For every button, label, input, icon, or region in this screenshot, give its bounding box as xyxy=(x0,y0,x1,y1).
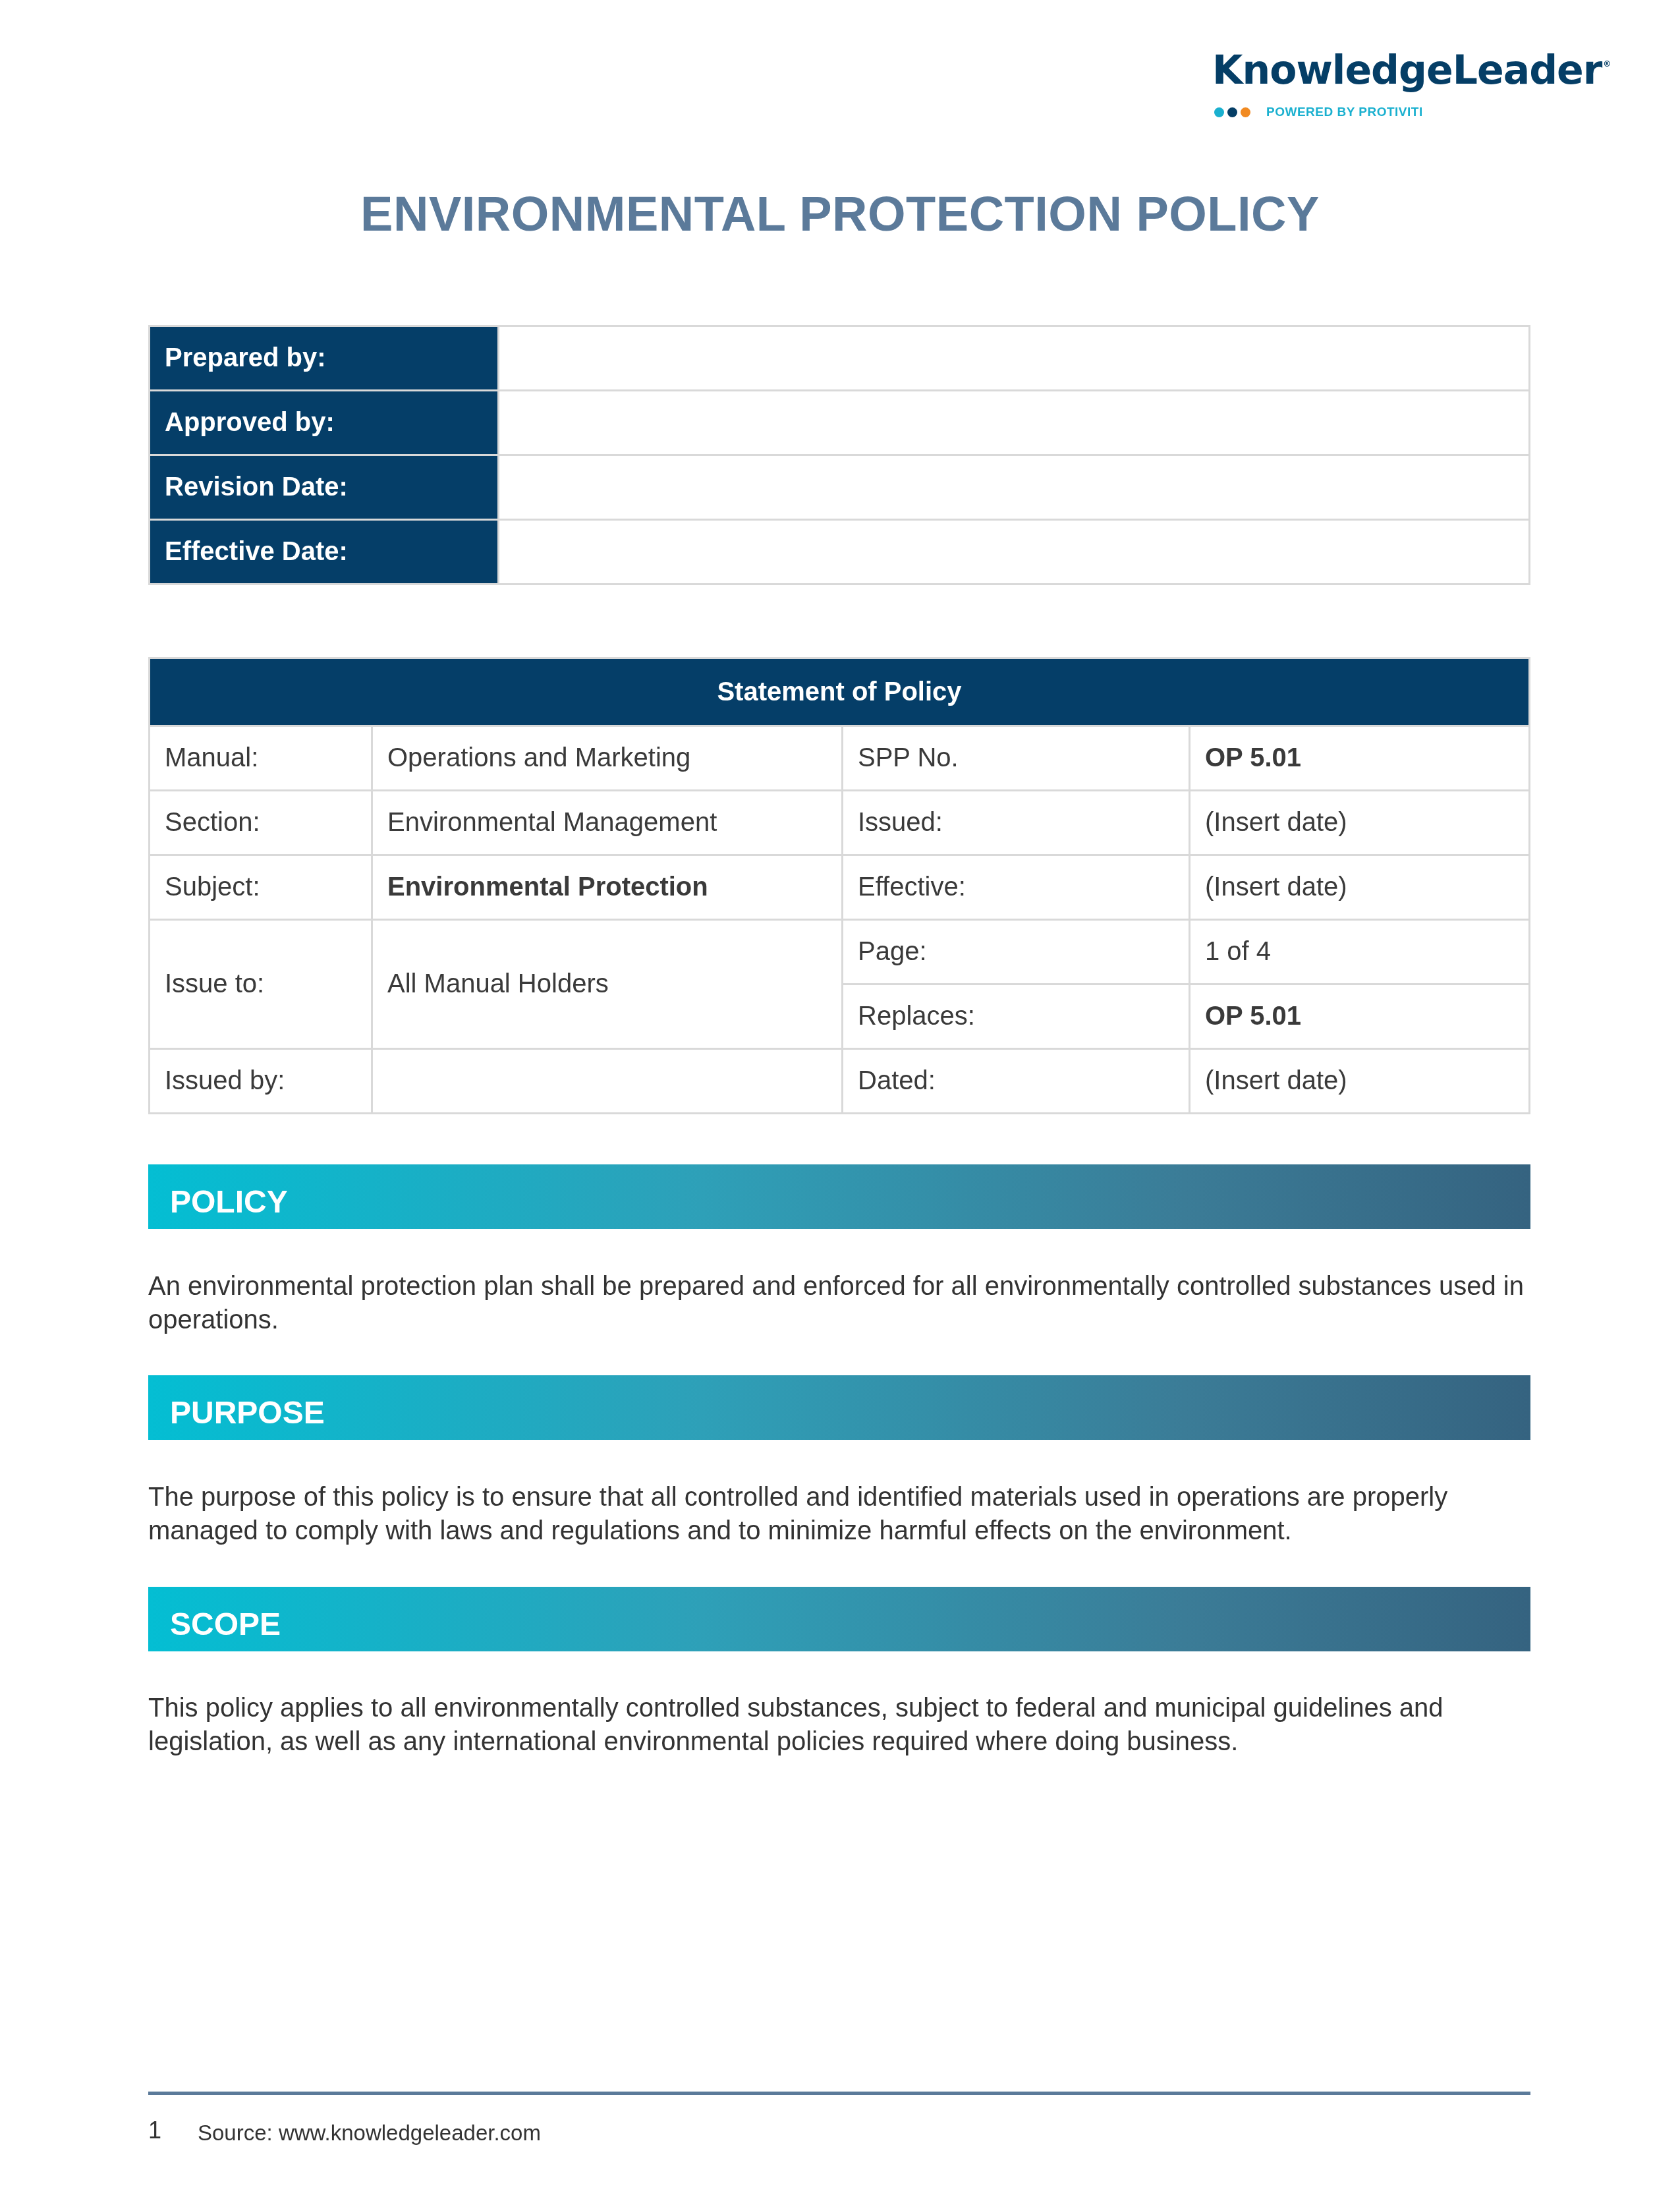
dated-label: Dated: xyxy=(843,1049,1190,1114)
purpose-body: The purpose of this policy is to ensure … xyxy=(148,1481,1530,1548)
spp-value: OP 5.01 xyxy=(1190,726,1530,791)
table-row: Prepared by: xyxy=(150,326,1530,391)
prepared-by-value[interactable] xyxy=(499,326,1530,391)
statement-of-policy-table: Statement of Policy Manual: Operations a… xyxy=(148,657,1530,1114)
effective-value: (Insert date) xyxy=(1190,855,1530,920)
footer-divider xyxy=(148,2092,1530,2095)
manual-value: Operations and Marketing xyxy=(372,726,843,791)
page-number: 1 xyxy=(148,2117,161,2144)
policy-body: An environmental protection plan shall b… xyxy=(148,1270,1530,1337)
registered-mark: ® xyxy=(1603,59,1610,69)
approved-by-value[interactable] xyxy=(499,391,1530,455)
subject-label: Subject: xyxy=(150,855,372,920)
effective-label: Effective: xyxy=(843,855,1190,920)
spp-label: SPP No. xyxy=(843,726,1190,791)
statement-header: Statement of Policy xyxy=(150,658,1530,726)
dot-cyan-icon xyxy=(1214,107,1224,117)
scope-heading-bar: SCOPE xyxy=(148,1587,1530,1651)
replaces-label: Replaces: xyxy=(843,984,1190,1049)
approved-by-label: Approved by: xyxy=(150,391,499,455)
subject-value: Environmental Protection xyxy=(372,855,843,920)
knowledgeleader-logo: KnowledgeLeader® xyxy=(1212,47,1610,94)
page-value: 1 of 4 xyxy=(1190,920,1530,984)
table-row: Issue to: All Manual Holders Page: 1 of … xyxy=(150,920,1530,984)
document-title: ENVIRONMENTAL PROTECTION POLICY xyxy=(0,186,1680,242)
approval-table: Prepared by: Approved by: Revision Date:… xyxy=(148,325,1530,585)
section-value: Environmental Management xyxy=(372,791,843,855)
table-row: Manual: Operations and Marketing SPP No.… xyxy=(150,726,1530,791)
table-row: Section: Environmental Management Issued… xyxy=(150,791,1530,855)
table-row: Subject: Environmental Protection Effect… xyxy=(150,855,1530,920)
logo-tagline: POWERED BY PROTIVITI xyxy=(1266,105,1423,120)
policy-heading: POLICY xyxy=(170,1184,288,1220)
scope-heading: SCOPE xyxy=(170,1607,281,1643)
dot-orange-icon xyxy=(1241,107,1250,117)
policy-heading-bar: POLICY xyxy=(148,1164,1530,1229)
effective-date-value[interactable] xyxy=(499,520,1530,585)
issued-by-value xyxy=(372,1049,843,1114)
purpose-heading: PURPOSE xyxy=(170,1395,325,1431)
replaces-value: OP 5.01 xyxy=(1190,984,1530,1049)
purpose-heading-bar: PURPOSE xyxy=(148,1375,1530,1440)
issued-label: Issued: xyxy=(843,791,1190,855)
table-row: Revision Date: xyxy=(150,455,1530,520)
logo-dots-icon xyxy=(1214,107,1250,117)
logo-wordmark: KnowledgeLeader xyxy=(1212,47,1602,94)
prepared-by-label: Prepared by: xyxy=(150,326,499,391)
effective-date-label: Effective Date: xyxy=(150,520,499,585)
page-label: Page: xyxy=(843,920,1190,984)
revision-date-label: Revision Date: xyxy=(150,455,499,520)
issued-value: (Insert date) xyxy=(1190,791,1530,855)
table-row: Approved by: xyxy=(150,391,1530,455)
scope-body: This policy applies to all environmental… xyxy=(148,1692,1530,1759)
footer-source: Source: www.knowledgeleader.com xyxy=(198,2121,541,2146)
issue-to-label: Issue to: xyxy=(150,920,372,1049)
section-label: Section: xyxy=(150,791,372,855)
revision-date-value[interactable] xyxy=(499,455,1530,520)
table-row: Effective Date: xyxy=(150,520,1530,585)
table-row: Issued by: Dated: (Insert date) xyxy=(150,1049,1530,1114)
dot-navy-icon xyxy=(1227,107,1237,117)
issue-to-value: All Manual Holders xyxy=(372,920,843,1049)
issued-by-label: Issued by: xyxy=(150,1049,372,1114)
dated-value: (Insert date) xyxy=(1190,1049,1530,1114)
manual-label: Manual: xyxy=(150,726,372,791)
